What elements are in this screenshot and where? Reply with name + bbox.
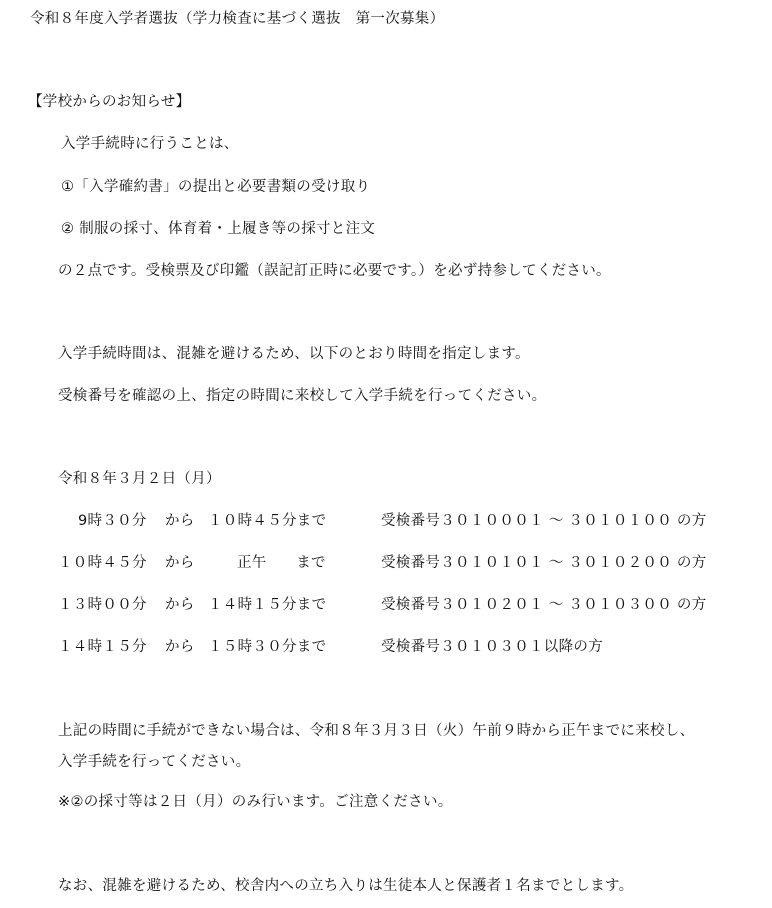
notice-heading: 【学校からのお知らせ】: [28, 92, 190, 112]
entry-note: なお、混雑を避けるため、校舎内への立ち入りは生徒本人と保護者１名までとします。: [58, 876, 633, 896]
notice-item-2: ② 制服の採寸、体育着・上履き等の採寸と注文: [61, 219, 375, 239]
schedule-date: 令和８年３月２日（月）: [58, 469, 221, 489]
time-intro-2: 受検番号を確認の上、指定の時間に来校して入学手続を行ってください。: [58, 386, 546, 406]
schedule-from: １０時４５分: [58, 553, 147, 573]
schedule-from-word: から: [165, 553, 195, 573]
schedule-applicants: 受検番号３０１０２０１ ～ ３０１０３００ の方: [381, 595, 707, 615]
schedule-to: 正午 まで: [237, 553, 326, 573]
alt-date-line-1: 上記の時間に手続ができない場合は、令和８年３月３日（火）午前９時から正午までに来…: [58, 721, 694, 741]
schedule-to: １５時３０分まで: [208, 637, 326, 657]
schedule-from: 9時３０分: [78, 511, 147, 531]
schedule-to: １０時４５分まで: [208, 511, 326, 531]
notice-intro: 入学手続時に行うことは、: [61, 134, 239, 154]
schedule-from: １４時１５分: [58, 637, 147, 657]
schedule-applicants: 受検番号３０１０１０１ ～ ３０１０２００ の方: [381, 553, 707, 573]
schedule-from-word: から: [165, 637, 195, 657]
notice-items-summary: の２点です。受検票及び印鑑（誤記訂正時に必要です。）を必ず持参してください。: [58, 261, 611, 281]
measurement-note: ※②の採寸等は２日（月）のみ行います。ご注意ください。: [58, 792, 453, 812]
schedule-applicants: 受検番号３０１０３０１以降の方: [381, 637, 603, 657]
time-intro-1: 入学手続時間は、混雑を避けるため、以下のとおり時間を指定します。: [58, 344, 530, 364]
schedule-from: １３時００分: [58, 595, 147, 615]
schedule-applicants: 受検番号３０１０００１ ～ ３０１０１００ の方: [381, 511, 707, 531]
document-title: 令和８年度入学者選抜（学力検査に基づく選抜 第一次募集）: [30, 9, 444, 29]
schedule-from-word: から: [165, 511, 195, 531]
schedule-to: １４時１５分まで: [208, 595, 326, 615]
schedule-from-word: から: [165, 595, 195, 615]
notice-item-1: ①「入学確約書」の提出と必要書類の受け取り: [61, 177, 370, 197]
alt-date-line-2: 入学手続を行ってください。: [58, 752, 250, 772]
